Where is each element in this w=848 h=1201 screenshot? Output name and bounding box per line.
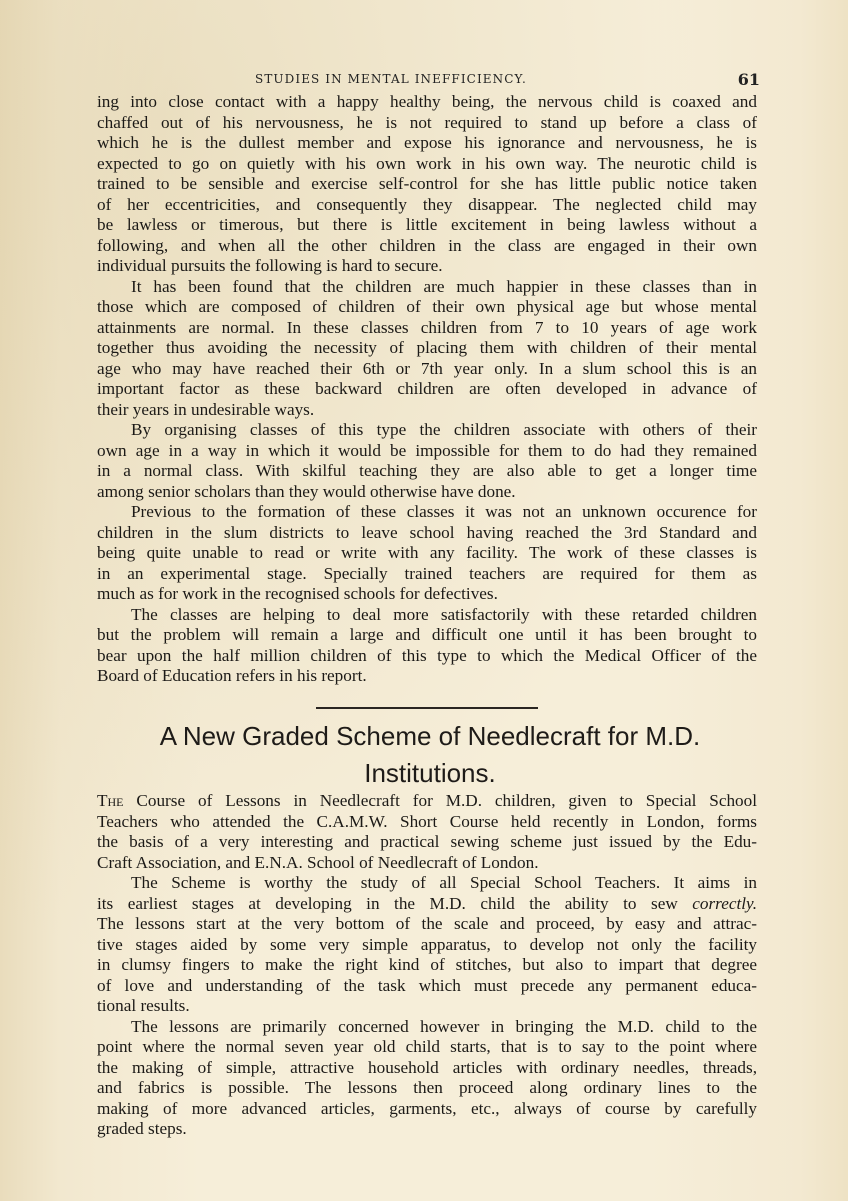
line-text: those which are composed of children of … bbox=[97, 297, 757, 316]
line-text: in clumsy fingers to make the right kind… bbox=[97, 955, 757, 974]
line-text: the basis of a very interesting and prac… bbox=[97, 832, 757, 851]
line-text: Previous to the formation of these class… bbox=[131, 502, 757, 521]
emphasis-text: correctly. bbox=[692, 894, 757, 913]
line-text: age who may have reached their 6th or 7t… bbox=[97, 359, 757, 378]
running-head: STUDIES IN MENTAL INEFFICIENCY. 61 bbox=[100, 70, 760, 92]
text-line: being quite unable to read or write with… bbox=[97, 543, 757, 564]
line-text: The classes are helping to deal more sat… bbox=[131, 605, 757, 624]
article-heading-line-1: A New Graded Scheme of Needlecraft for M… bbox=[100, 718, 760, 755]
text-line: those which are composed of children of … bbox=[97, 297, 757, 318]
text-line: in a normal class. With skilful teaching… bbox=[97, 461, 757, 482]
line-text: its earliest stages at developing in the… bbox=[97, 894, 692, 913]
text-line: own age in a way in which it would be im… bbox=[97, 441, 757, 462]
article-heading: A New Graded Scheme of Needlecraft for M… bbox=[100, 718, 760, 792]
line-text: bear upon the half million children of t… bbox=[97, 646, 757, 665]
paragraph-first-line: The lessons are primarily concerned howe… bbox=[97, 1017, 757, 1038]
line-text: attainments are normal. In these classes… bbox=[97, 318, 757, 337]
text-line: tive stages aided by some very simple ap… bbox=[97, 935, 757, 956]
text-line: in an experimental stage. Specially trai… bbox=[97, 564, 757, 585]
text-line: its earliest stages at developing in the… bbox=[97, 894, 757, 915]
running-head-title: STUDIES IN MENTAL INEFFICIENCY. bbox=[255, 72, 527, 86]
text-line: individual pursuits the following is har… bbox=[97, 256, 757, 277]
line-text: The lessons start at the very bottom of … bbox=[97, 914, 757, 933]
line-text: the making of simple, attractive househo… bbox=[97, 1058, 757, 1077]
text-line: The Course of Lessons in Needlecraft for… bbox=[97, 791, 757, 812]
line-text: chaffed out of his nervousness, he is no… bbox=[97, 113, 757, 132]
text-line: Board of Education refers in his report. bbox=[97, 666, 757, 687]
line-text: The Scheme is worthy the study of all Sp… bbox=[131, 873, 757, 892]
text-line: point where the normal seven year old ch… bbox=[97, 1037, 757, 1058]
text-line: following, and when all the other childr… bbox=[97, 236, 757, 257]
text-line: ing into close contact with a happy heal… bbox=[97, 92, 757, 113]
line-text: point where the normal seven year old ch… bbox=[97, 1037, 757, 1056]
text-line: but the problem will remain a large and … bbox=[97, 625, 757, 646]
line-text: making of more advanced articles, garmen… bbox=[97, 1099, 757, 1118]
line-text: graded steps. bbox=[97, 1119, 187, 1138]
line-text: important factor as these backward child… bbox=[97, 379, 757, 398]
line-text: Craft Association, and E.N.A. School of … bbox=[97, 853, 539, 872]
text-line: which he is the dullest member and expos… bbox=[97, 133, 757, 154]
line-text: own age in a way in which it would be im… bbox=[97, 441, 757, 460]
page-number: 61 bbox=[738, 70, 760, 89]
paragraph-first-line: The classes are helping to deal more sat… bbox=[97, 605, 757, 626]
text-line: among senior scholars than they would ot… bbox=[97, 482, 757, 503]
line-text: and fabrics is possible. The lessons the… bbox=[97, 1078, 757, 1097]
text-line: chaffed out of his nervousness, he is no… bbox=[97, 113, 757, 134]
section-divider-rule bbox=[316, 707, 538, 709]
line-text: tive stages aided by some very simple ap… bbox=[97, 935, 757, 954]
line-text: By organising classes of this type the c… bbox=[131, 420, 757, 439]
text-line: be lawless or timerous, but there is lit… bbox=[97, 215, 757, 236]
text-line: and fabrics is possible. The lessons the… bbox=[97, 1078, 757, 1099]
text-line: Craft Association, and E.N.A. School of … bbox=[97, 853, 757, 874]
line-text: Course of Lessons in Needlecraft for M.D… bbox=[124, 791, 758, 810]
text-line: in clumsy fingers to make the right kind… bbox=[97, 955, 757, 976]
text-line: The lessons start at the very bottom of … bbox=[97, 914, 757, 935]
text-line: important factor as these backward child… bbox=[97, 379, 757, 400]
paragraph-first-line: By organising classes of this type the c… bbox=[97, 420, 757, 441]
line-text: among senior scholars than they would ot… bbox=[97, 482, 516, 501]
line-text: expected to go on quietly with his own w… bbox=[97, 154, 757, 173]
text-line: making of more advanced articles, garmen… bbox=[97, 1099, 757, 1120]
text-line: age who may have reached their 6th or 7t… bbox=[97, 359, 757, 380]
paragraph-first-line: Previous to the formation of these class… bbox=[97, 502, 757, 523]
scanned-page: STUDIES IN MENTAL INEFFICIENCY. 61 ing i… bbox=[0, 0, 848, 1201]
text-line: bear upon the half million children of t… bbox=[97, 646, 757, 667]
article-heading-line-2: Institutions. bbox=[100, 755, 760, 792]
line-text: following, and when all the other childr… bbox=[97, 236, 757, 255]
line-text: much as for work in the recognised schoo… bbox=[97, 584, 498, 603]
line-text: in a normal class. With skilful teaching… bbox=[97, 461, 757, 480]
text-line: tional results. bbox=[97, 996, 757, 1017]
line-text: be lawless or timerous, but there is lit… bbox=[97, 215, 757, 234]
text-line: together thus avoiding the necessity of … bbox=[97, 338, 757, 359]
line-text: together thus avoiding the necessity of … bbox=[97, 338, 757, 357]
line-text: Teachers who attended the C.A.M.W. Short… bbox=[97, 812, 757, 831]
paragraph-first-line: The Scheme is worthy the study of all Sp… bbox=[97, 873, 757, 894]
lead-word: The bbox=[97, 791, 124, 810]
line-text: of her eccentricities, and consequently … bbox=[97, 195, 757, 214]
line-text: which he is the dullest member and expos… bbox=[97, 133, 757, 152]
line-text: Board of Education refers in his report. bbox=[97, 666, 367, 685]
line-text: trained to be sensible and exercise self… bbox=[97, 174, 757, 193]
line-text: ing into close contact with a happy heal… bbox=[97, 92, 757, 111]
text-line: the basis of a very interesting and prac… bbox=[97, 832, 757, 853]
text-line: trained to be sensible and exercise self… bbox=[97, 174, 757, 195]
line-text: tional results. bbox=[97, 996, 190, 1015]
article-body: The Course of Lessons in Needlecraft for… bbox=[97, 791, 757, 1140]
line-text: of love and understanding of the task wh… bbox=[97, 976, 757, 995]
line-text: their years in undesirable ways. bbox=[97, 400, 314, 419]
line-text: being quite unable to read or write with… bbox=[97, 543, 757, 562]
text-line: the making of simple, attractive househo… bbox=[97, 1058, 757, 1079]
line-text: in an experimental stage. Specially trai… bbox=[97, 564, 757, 583]
text-line: expected to go on quietly with his own w… bbox=[97, 154, 757, 175]
text-line: attainments are normal. In these classes… bbox=[97, 318, 757, 339]
text-line: Teachers who attended the C.A.M.W. Short… bbox=[97, 812, 757, 833]
line-text: individual pursuits the following is har… bbox=[97, 256, 443, 275]
paragraph-first-line: It has been found that the children are … bbox=[97, 277, 757, 298]
text-line: children in the slum districts to leave … bbox=[97, 523, 757, 544]
text-line: of love and understanding of the task wh… bbox=[97, 976, 757, 997]
line-text: The lessons are primarily concerned howe… bbox=[131, 1017, 757, 1036]
line-text: It has been found that the children are … bbox=[131, 277, 757, 296]
line-text: but the problem will remain a large and … bbox=[97, 625, 757, 644]
continued-text-block: ing into close contact with a happy heal… bbox=[97, 92, 757, 687]
line-text: children in the slum districts to leave … bbox=[97, 523, 757, 542]
text-line: graded steps. bbox=[97, 1119, 757, 1140]
text-line: their years in undesirable ways. bbox=[97, 400, 757, 421]
text-line: of her eccentricities, and consequently … bbox=[97, 195, 757, 216]
text-line: much as for work in the recognised schoo… bbox=[97, 584, 757, 605]
